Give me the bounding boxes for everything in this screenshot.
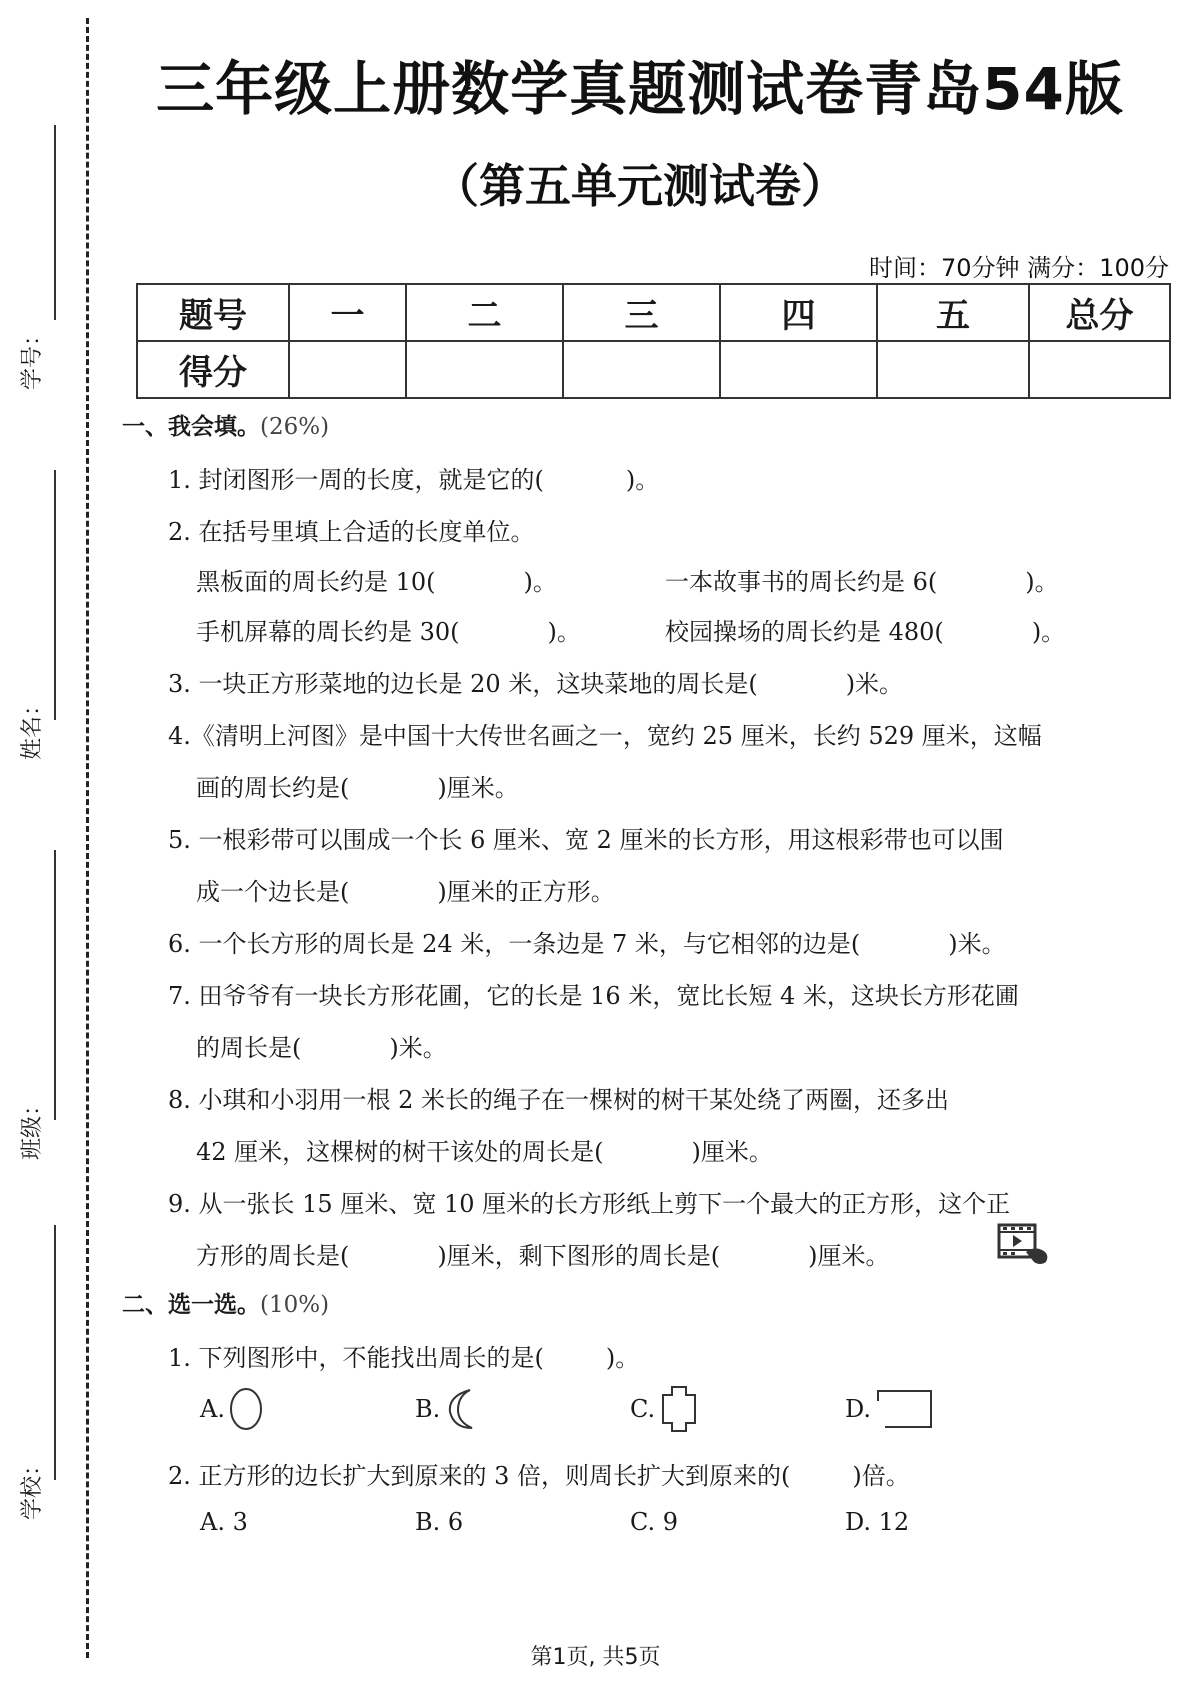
score-table-score-row: 得分 — [137, 341, 1170, 398]
question-1-9-line1: 9. 从一张长 15 厘米、宽 10 厘米的长方形纸上剪下一个最大的正方形，这个… — [168, 1184, 1010, 1219]
question-1-2c: 手机屏幕的周长约是 30()。 — [196, 612, 581, 647]
student-id-field-line[interactable] — [54, 125, 56, 320]
question-text: 黑板面的周长约是 10( — [196, 568, 436, 596]
cross-shape-icon — [659, 1385, 699, 1433]
question-text: 方形的周长是( — [196, 1242, 349, 1270]
header-cell: 总分 — [1029, 284, 1170, 341]
question-text: 1. 封闭图形一周的长度，就是它的( — [168, 466, 544, 494]
binding-dashed-line — [86, 18, 89, 1658]
option-label: C. — [630, 1395, 655, 1423]
question-text: )米。 — [389, 1034, 446, 1062]
question-2-1-options: A. B. C. D. — [200, 1385, 1060, 1433]
section-2-title: 二、选一选。 — [122, 1291, 260, 1318]
header-cell: 四 — [720, 284, 877, 341]
score-cell[interactable] — [720, 341, 877, 398]
name-label: 姓名： — [8, 710, 98, 760]
school-label: 学校： — [8, 1470, 98, 1520]
question-text: )米。 — [846, 670, 903, 698]
question-text: )。 — [606, 1344, 639, 1372]
question-text: )厘米。 — [692, 1138, 773, 1166]
student-id-label: 学号： — [8, 340, 98, 390]
question-text: 画的周长约是( — [196, 774, 349, 802]
option-d[interactable]: D. 12 — [845, 1508, 1060, 1536]
header-cell: 题号 — [137, 284, 289, 341]
question-text: 手机屏幕的周长约是 30( — [196, 618, 460, 646]
question-1-1: 1. 封闭图形一周的长度，就是它的()。 — [168, 460, 659, 495]
question-1-3: 3. 一块正方形菜地的边长是 20 米，这块菜地的周长是()米。 — [168, 664, 903, 699]
question-1-4-line1: 4.《清明上河图》是中国十大传世名画之一，宽约 25 厘米，长约 529 厘米，… — [168, 716, 1042, 751]
question-text: 成一个边长是( — [196, 878, 349, 906]
question-text: )。 — [548, 618, 581, 646]
score-table: 题号 一 二 三 四 五 总分 得分 — [136, 283, 1171, 399]
score-cell[interactable] — [289, 341, 406, 398]
score-cell[interactable] — [877, 341, 1029, 398]
question-1-8-line1: 8. 小琪和小羽用一根 2 米长的绳子在一棵树的树干某处绕了两圈，还多出 — [168, 1080, 949, 1115]
question-1-2a: 黑板面的周长约是 10()。 — [196, 562, 557, 597]
option-c[interactable]: C. 9 — [630, 1508, 845, 1536]
header-cell: 五 — [877, 284, 1029, 341]
question-1-2d: 校园操场的周长约是 480()。 — [665, 612, 1065, 647]
score-row-label: 得分 — [137, 341, 289, 398]
score-table-header-row: 题号 一 二 三 四 五 总分 — [137, 284, 1170, 341]
open-rectangle-shape-icon — [875, 1387, 935, 1431]
section-2-heading: 二、选一选。(10%) — [122, 1286, 329, 1319]
score-cell[interactable] — [406, 341, 563, 398]
question-1-5-line2: 成一个边长是()厘米的正方形。 — [196, 872, 615, 907]
question-text: )。 — [626, 466, 659, 494]
option-b[interactable]: B. — [415, 1385, 630, 1433]
question-text: 42 厘米，这棵树的树干该处的周长是( — [196, 1138, 604, 1166]
question-text: )厘米。 — [808, 1242, 889, 1270]
question-1-5-line1: 5. 一根彩带可以围成一个长 6 厘米、宽 2 厘米的长方形，用这根彩带也可以围 — [168, 820, 1004, 855]
header-cell: 二 — [406, 284, 563, 341]
question-text: 2. 正方形的边长扩大到原来的 3 倍，则周长扩大到原来的( — [168, 1462, 790, 1490]
question-text: 校园操场的周长约是 480( — [665, 618, 944, 646]
question-text: )米。 — [948, 930, 1005, 958]
question-text: )倍。 — [852, 1462, 909, 1490]
question-text: )。 — [1032, 618, 1065, 646]
header-cell: 三 — [563, 284, 720, 341]
question-1-7-line1: 7. 田爷爷有一块长方形花圃，它的长是 16 米，宽比长短 4 米，这块长方形花… — [168, 976, 1019, 1011]
question-1-6: 6. 一个长方形的周长是 24 米，一条边是 7 米，与它相邻的边是()米。 — [168, 924, 1006, 959]
section-1-title: 一、我会填。 — [122, 413, 260, 440]
option-label: B. — [415, 1395, 440, 1423]
option-a[interactable]: A. 3 — [200, 1508, 415, 1536]
question-1-7-line2: 的周长是()米。 — [196, 1028, 447, 1063]
page-subtitle: （第五单元测试卷） — [140, 150, 1140, 216]
option-c[interactable]: C. — [630, 1385, 845, 1433]
question-1-4-line2: 画的周长约是()厘米。 — [196, 768, 519, 803]
question-2-1: 1. 下列图形中，不能找出周长的是()。 — [168, 1338, 639, 1373]
score-cell[interactable] — [563, 341, 720, 398]
question-1-2: 2. 在括号里填上合适的长度单位。 — [168, 512, 535, 547]
page-number: 第1页, 共5页 — [0, 1640, 1191, 1671]
option-label: A. — [200, 1395, 225, 1423]
question-text: 3. 一块正方形菜地的边长是 20 米，这块菜地的周长是( — [168, 670, 758, 698]
question-text: )厘米的正方形。 — [437, 878, 614, 906]
question-text: )厘米，剩下图形的周长是( — [437, 1242, 720, 1270]
option-b[interactable]: B. 6 — [415, 1508, 630, 1536]
header-cell: 一 — [289, 284, 406, 341]
option-a[interactable]: A. — [200, 1385, 415, 1433]
question-1-8-line2: 42 厘米，这棵树的树干该处的周长是()厘米。 — [196, 1132, 773, 1167]
option-d[interactable]: D. — [845, 1385, 1060, 1433]
exam-meta: 时间：70分钟 满分：100分 — [869, 248, 1169, 283]
question-1-9-line2: 方形的周长是()厘米，剩下图形的周长是()厘米。 — [196, 1236, 889, 1271]
circle-shape-icon — [229, 1386, 263, 1432]
video-play-icon[interactable] — [996, 1222, 1052, 1266]
question-text: 6. 一个长方形的周长是 24 米，一条边是 7 米，与它相邻的边是( — [168, 930, 860, 958]
score-cell[interactable] — [1029, 341, 1170, 398]
question-text: )厘米。 — [437, 774, 518, 802]
crescent-shape-icon — [444, 1386, 478, 1432]
section-1-heading: 一、我会填。(26%) — [122, 408, 329, 441]
question-text: 的周长是( — [196, 1034, 301, 1062]
question-text: )。 — [1025, 568, 1058, 596]
question-2-2: 2. 正方形的边长扩大到原来的 3 倍，则周长扩大到原来的()倍。 — [168, 1456, 910, 1491]
question-text: 一本故事书的周长约是 6( — [665, 568, 937, 596]
section-1-percent: (26%) — [260, 414, 329, 440]
section-2-percent: (10%) — [260, 1292, 329, 1318]
question-text: 1. 下列图形中，不能找出周长的是( — [168, 1344, 544, 1372]
option-label: D. — [845, 1395, 871, 1423]
page-title: 三年级上册数学真题测试卷青岛54版 — [140, 42, 1140, 126]
school-field-line[interactable] — [54, 1225, 56, 1480]
question-2-2-options: A. 3 B. 6 C. 9 D. 12 — [200, 1508, 1060, 1536]
class-label: 班级： — [8, 1110, 98, 1160]
question-1-2b: 一本故事书的周长约是 6()。 — [665, 562, 1059, 597]
name-field-line[interactable] — [54, 470, 56, 720]
question-text: )。 — [524, 568, 557, 596]
class-field-line[interactable] — [54, 850, 56, 1120]
